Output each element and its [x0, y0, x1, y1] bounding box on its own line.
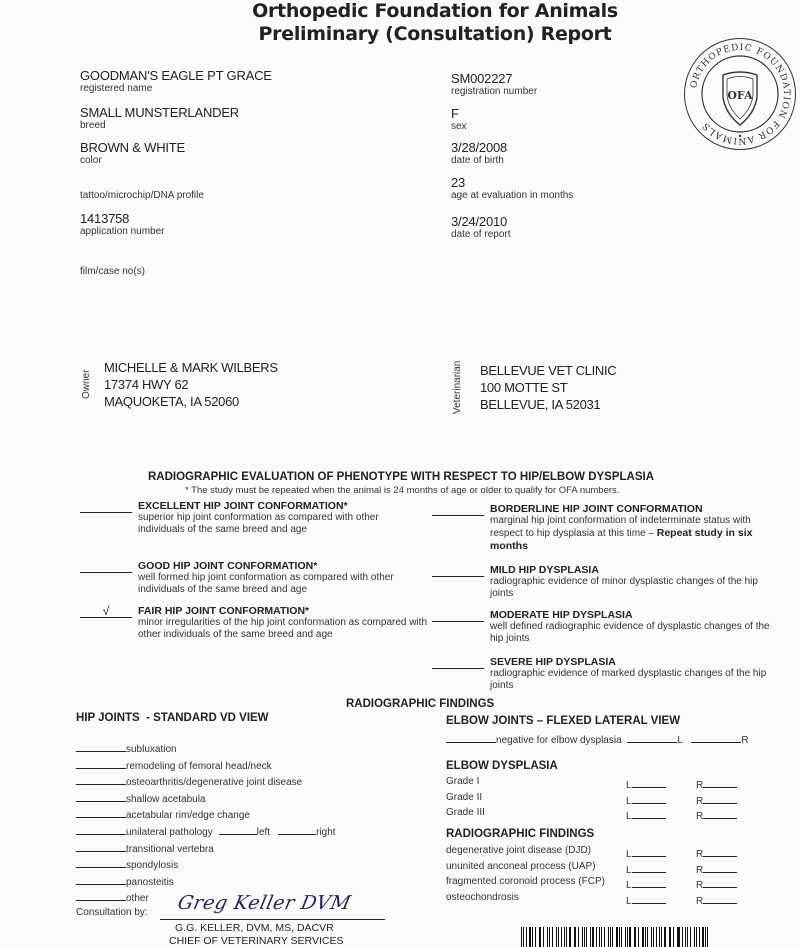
evaluation-checkbox[interactable]: √ — [80, 605, 132, 618]
hip-finding-blank[interactable] — [76, 790, 126, 802]
registration-number-field: SM002227 registration number — [451, 71, 537, 97]
application-number-label: application number — [80, 226, 165, 237]
left-entry: L — [626, 876, 666, 891]
owner-line: MAQUOKETA, IA 52060 — [104, 393, 278, 410]
elbow-findings-list: degenerative joint disease (DJD)LRununit… — [446, 845, 786, 907]
right-marker: R — [696, 849, 703, 860]
left-blank[interactable] — [632, 876, 666, 888]
hip-finding-label: remodeling of femoral head/neck — [126, 761, 272, 772]
elbow-finding-row-label: fragmented coronoid process (FCP) — [446, 876, 605, 887]
hip-finding-blank[interactable] — [76, 823, 126, 835]
right-blank[interactable] — [703, 792, 737, 804]
evaluation-checkbox[interactable] — [432, 564, 484, 577]
right-blank[interactable] — [703, 776, 737, 788]
hip-finding-row: panosteitis — [76, 873, 336, 890]
elbow-negative-left-blank[interactable] — [627, 731, 677, 743]
elbow-finding-row-label: ununited anconeal process (UAP) — [446, 861, 596, 872]
left-blank[interactable] — [632, 776, 666, 788]
hip-finding-label: acetabular rim/edge change — [126, 810, 250, 821]
tattoo-label: tattoo/microchip/DNA profile — [80, 190, 204, 201]
hip-finding-label: panosteitis — [126, 877, 174, 888]
evaluation-option-title: MODERATE HIP DYSPLASIA — [490, 609, 780, 621]
elbow-negative-blank[interactable] — [446, 731, 496, 743]
consultant-title: CHIEF OF VETERINARY SERVICES — [169, 935, 343, 947]
unilateral-left-blank[interactable] — [219, 823, 257, 835]
hip-finding-label: other — [126, 893, 149, 904]
evaluation-option-title: FAIR HIP JOINT CONFORMATION* — [138, 605, 428, 617]
evaluation-option: FAIR HIP JOINT CONFORMATION*minor irregu… — [138, 605, 428, 641]
evaluation-option-title: SEVERE HIP DYSPLASIA — [490, 656, 780, 668]
registration-number-value: SM002227 — [451, 71, 537, 86]
evaluation-option-desc: marginal hip joint conformation of indet… — [490, 515, 780, 553]
left-blank[interactable] — [632, 892, 666, 904]
hip-finding-row: remodeling of femoral head/neck — [76, 757, 336, 774]
right-marker: R — [741, 735, 748, 746]
right-marker: R — [696, 796, 703, 807]
hip-finding-row: osteoarthritis/degenerative joint diseas… — [76, 773, 336, 790]
evaluation-option: GOOD HIP JOINT CONFORMATION*well formed … — [138, 560, 428, 596]
breed-label: breed — [80, 120, 239, 131]
right-entry: R — [696, 776, 737, 791]
right-marker: R — [696, 780, 703, 791]
evaluation-checkbox[interactable] — [432, 503, 484, 516]
right-blank[interactable] — [703, 807, 737, 819]
left-marker: L — [677, 735, 682, 746]
registered-name-field: GOODMAN'S EAGLE PT GRACE registered name — [80, 68, 272, 94]
hip-finding-blank[interactable] — [76, 757, 126, 769]
hip-findings-list: subluxationremodeling of femoral head/ne… — [76, 740, 336, 906]
elbow-grade-row-label: Grade II — [446, 792, 482, 803]
evaluation-heading: RADIOGRAPHIC EVALUATION OF PHENOTYPE WIT… — [148, 471, 654, 483]
right-blank[interactable] — [703, 845, 737, 857]
left-blank[interactable] — [632, 807, 666, 819]
elbow-joints-heading: ELBOW JOINTS – FLEXED LATERAL VIEW — [446, 715, 680, 727]
date-of-birth-value: 3/28/2008 — [451, 140, 507, 155]
evaluation-checkbox[interactable] — [80, 560, 132, 573]
right-entry: R — [696, 807, 737, 822]
left-entry: L — [626, 845, 666, 860]
signature-script: Greg Keller DVM — [176, 892, 353, 914]
sex-label: sex — [451, 121, 467, 132]
elbow-finding-row-label: osteochondrosis — [446, 892, 519, 903]
color-field: BROWN & WHITE color — [80, 140, 185, 166]
evaluation-option-desc: radiographic evidence of marked dysplast… — [490, 668, 780, 692]
hip-finding-label: unilateral pathology — [126, 827, 213, 838]
elbow-grade-row: Grade IIILR — [446, 807, 786, 823]
date-of-report-field: 3/24/2010 date of report — [451, 214, 510, 240]
left-entry: L — [626, 792, 666, 807]
svg-text:OFA: OFA — [727, 89, 753, 102]
hip-finding-blank[interactable] — [76, 740, 126, 752]
sex-value: F — [451, 106, 467, 121]
evaluation-option: BORDERLINE HIP JOINT CONFORMATIONmargina… — [490, 503, 780, 553]
elbow-finding-row: osteochondrosisLR — [446, 892, 786, 908]
veterinarian-line: 100 MOTTE ST — [480, 379, 616, 396]
date-of-birth-label: date of birth — [451, 155, 507, 166]
evaluation-checkbox[interactable] — [80, 500, 132, 513]
breed-field: SMALL MUNSTERLANDER breed — [80, 105, 239, 131]
hip-finding-blank[interactable] — [76, 873, 126, 885]
evaluation-option-title: MILD HIP DYSPLASIA — [490, 564, 780, 576]
right-entry: R — [696, 792, 737, 807]
hip-finding-blank[interactable] — [76, 806, 126, 818]
right-blank[interactable] — [703, 892, 737, 904]
elbow-grade-list: Grade ILRGrade IILRGrade IIILR — [446, 776, 786, 823]
date-of-birth-field: 3/28/2008 date of birth — [451, 140, 507, 166]
hip-finding-row: acetabular rim/edge change — [76, 806, 336, 823]
right-marker: R — [696, 896, 703, 907]
hip-finding-label: osteoarthritis/degenerative joint diseas… — [126, 777, 302, 788]
right-entry: R — [696, 876, 737, 891]
hip-finding-row: transitional vertebra — [76, 840, 336, 857]
hip-finding-label: shallow acetabula — [126, 794, 206, 805]
evaluation-option: EXCELLENT HIP JOINT CONFORMATION*superio… — [138, 500, 428, 536]
evaluation-option-title: GOOD HIP JOINT CONFORMATION* — [138, 560, 428, 572]
elbow-finding-row: fragmented coronoid process (FCP)LR — [446, 876, 786, 892]
hip-finding-blank[interactable] — [76, 889, 126, 901]
left-blank[interactable] — [632, 845, 666, 857]
hip-finding-row: shallow acetabula — [76, 790, 336, 807]
evaluation-option: SEVERE HIP DYSPLASIAradiographic evidenc… — [490, 656, 780, 692]
owner-label: Owner — [81, 370, 92, 399]
findings-heading: RADIOGRAPHIC FINDINGS — [346, 698, 494, 710]
elbow-finding-row: ununited anconeal process (UAP)LR — [446, 861, 786, 877]
color-label: color — [80, 155, 185, 166]
report-title-line2: Preliminary (Consultation) Report — [0, 23, 800, 45]
right-marker: R — [696, 880, 703, 891]
left-entry: L — [626, 892, 666, 907]
veterinarian-label: Veterinarian — [452, 361, 463, 414]
hip-finding-blank[interactable] — [76, 856, 126, 868]
signature-line — [160, 919, 385, 920]
elbow-finding-row: degenerative joint disease (DJD)LR — [446, 845, 786, 861]
evaluation-option-desc: minor irregularities of the hip joint co… — [138, 617, 428, 641]
right-entry: R — [696, 861, 737, 876]
owner-address: MICHELLE & MARK WILBERS 17374 HWY 62 MAQ… — [104, 359, 278, 410]
veterinarian-line: BELLEVUE, IA 52031 — [480, 396, 616, 413]
color-value: BROWN & WHITE — [80, 140, 185, 155]
age-field: 23 age at evaluation in months — [451, 175, 573, 201]
evaluation-option-title: EXCELLENT HIP JOINT CONFORMATION* — [138, 500, 428, 512]
sex-field: F sex — [451, 106, 467, 132]
breed-value: SMALL MUNSTERLANDER — [80, 105, 239, 120]
right-label: right — [316, 827, 335, 838]
right-marker: R — [696, 811, 703, 822]
left-entry: L — [626, 807, 666, 822]
left-blank[interactable] — [632, 792, 666, 804]
evaluation-note: * The study must be repeated when the an… — [185, 485, 619, 496]
registered-name-value: GOODMAN'S EAGLE PT GRACE — [80, 68, 272, 83]
left-label: left — [257, 827, 270, 838]
evaluation-option-desc: superior hip joint conformation as compa… — [138, 512, 428, 536]
barcode — [521, 927, 711, 947]
elbow-grade-row: Grade ILR — [446, 776, 786, 792]
elbow-negative-row: negative for elbow dysplasia L R — [446, 731, 786, 747]
film-case-field: film/case no(s) — [80, 266, 145, 277]
right-blank[interactable] — [703, 876, 737, 888]
elbow-grade-row: Grade IILR — [446, 792, 786, 808]
evaluation-option: MILD HIP DYSPLASIAradiographic evidence … — [490, 564, 780, 600]
elbow-findings-heading: RADIOGRAPHIC FINDINGS — [446, 828, 594, 840]
left-entry: L — [626, 861, 666, 876]
application-number-value: 1413758 — [80, 211, 165, 226]
hip-finding-blank[interactable] — [76, 840, 126, 852]
elbow-negative-label: negative for elbow dysplasia — [496, 735, 622, 746]
hip-finding-label: spondylosis — [126, 860, 178, 871]
date-of-report-label: date of report — [451, 229, 510, 240]
hip-finding-row: subluxation — [76, 740, 336, 757]
consultant-name: G.G. KELLER, DVM, MS, DACVR — [175, 922, 334, 934]
application-number-field: 1413758 application number — [80, 211, 165, 237]
right-entry: R — [696, 892, 737, 907]
unilateral-right-blank[interactable] — [278, 823, 316, 835]
hip-finding-row: unilateral pathologyleftright — [76, 823, 336, 840]
evaluation-checkbox[interactable] — [432, 609, 484, 622]
film-case-label: film/case no(s) — [80, 266, 145, 277]
right-blank[interactable] — [703, 861, 737, 873]
evaluation-option-desc: well defined radiographic evidence of dy… — [490, 621, 780, 645]
elbow-finding-row-label: degenerative joint disease (DJD) — [446, 845, 591, 856]
evaluation-option-title: BORDERLINE HIP JOINT CONFORMATION — [490, 503, 780, 515]
owner-line: MICHELLE & MARK WILBERS — [104, 359, 278, 376]
hip-finding-label: subluxation — [126, 744, 177, 755]
tattoo-field: tattoo/microchip/DNA profile — [80, 190, 204, 201]
date-of-report-value: 3/24/2010 — [451, 214, 510, 229]
elbow-dysplasia-heading: ELBOW DYSPLASIA — [446, 760, 558, 772]
left-entry: L — [626, 776, 666, 791]
right-marker: R — [696, 865, 703, 876]
left-blank[interactable] — [632, 861, 666, 873]
elbow-grade-row-label: Grade I — [446, 776, 479, 787]
age-label: age at evaluation in months — [451, 190, 573, 201]
evaluation-option-desc: well formed hip joint conformation as co… — [138, 572, 428, 596]
evaluation-checkbox[interactable] — [432, 656, 484, 669]
evaluation-option-desc: radiographic evidence of minor dysplasti… — [490, 576, 780, 600]
evaluation-option: MODERATE HIP DYSPLASIAwell defined radio… — [490, 609, 780, 645]
veterinarian-line: BELLEVUE VET CLINIC — [480, 362, 616, 379]
ofa-seal-icon: ORTHOPEDIC FOUNDATION FOR ANIMALS OFA — [684, 38, 796, 150]
right-entry: R — [696, 845, 737, 860]
age-value: 23 — [451, 175, 573, 190]
elbow-grade-row-label: Grade III — [446, 807, 485, 818]
hip-finding-row: spondylosis — [76, 856, 336, 873]
elbow-negative-right-blank[interactable] — [691, 731, 741, 743]
veterinarian-address: BELLEVUE VET CLINIC 100 MOTTE ST BELLEVU… — [480, 362, 616, 413]
registered-name-label: registered name — [80, 83, 272, 94]
hip-joints-heading: HIP JOINTS - STANDARD VD VIEW — [76, 712, 269, 724]
report-title-line1: Orthopedic Foundation for Animals — [0, 0, 800, 22]
hip-finding-blank[interactable] — [76, 773, 126, 785]
hip-finding-label: transitional vertebra — [126, 844, 214, 855]
owner-line: 17374 HWY 62 — [104, 376, 278, 393]
registration-number-label: registration number — [451, 86, 537, 97]
consultation-label: Consultation by: — [76, 907, 148, 918]
